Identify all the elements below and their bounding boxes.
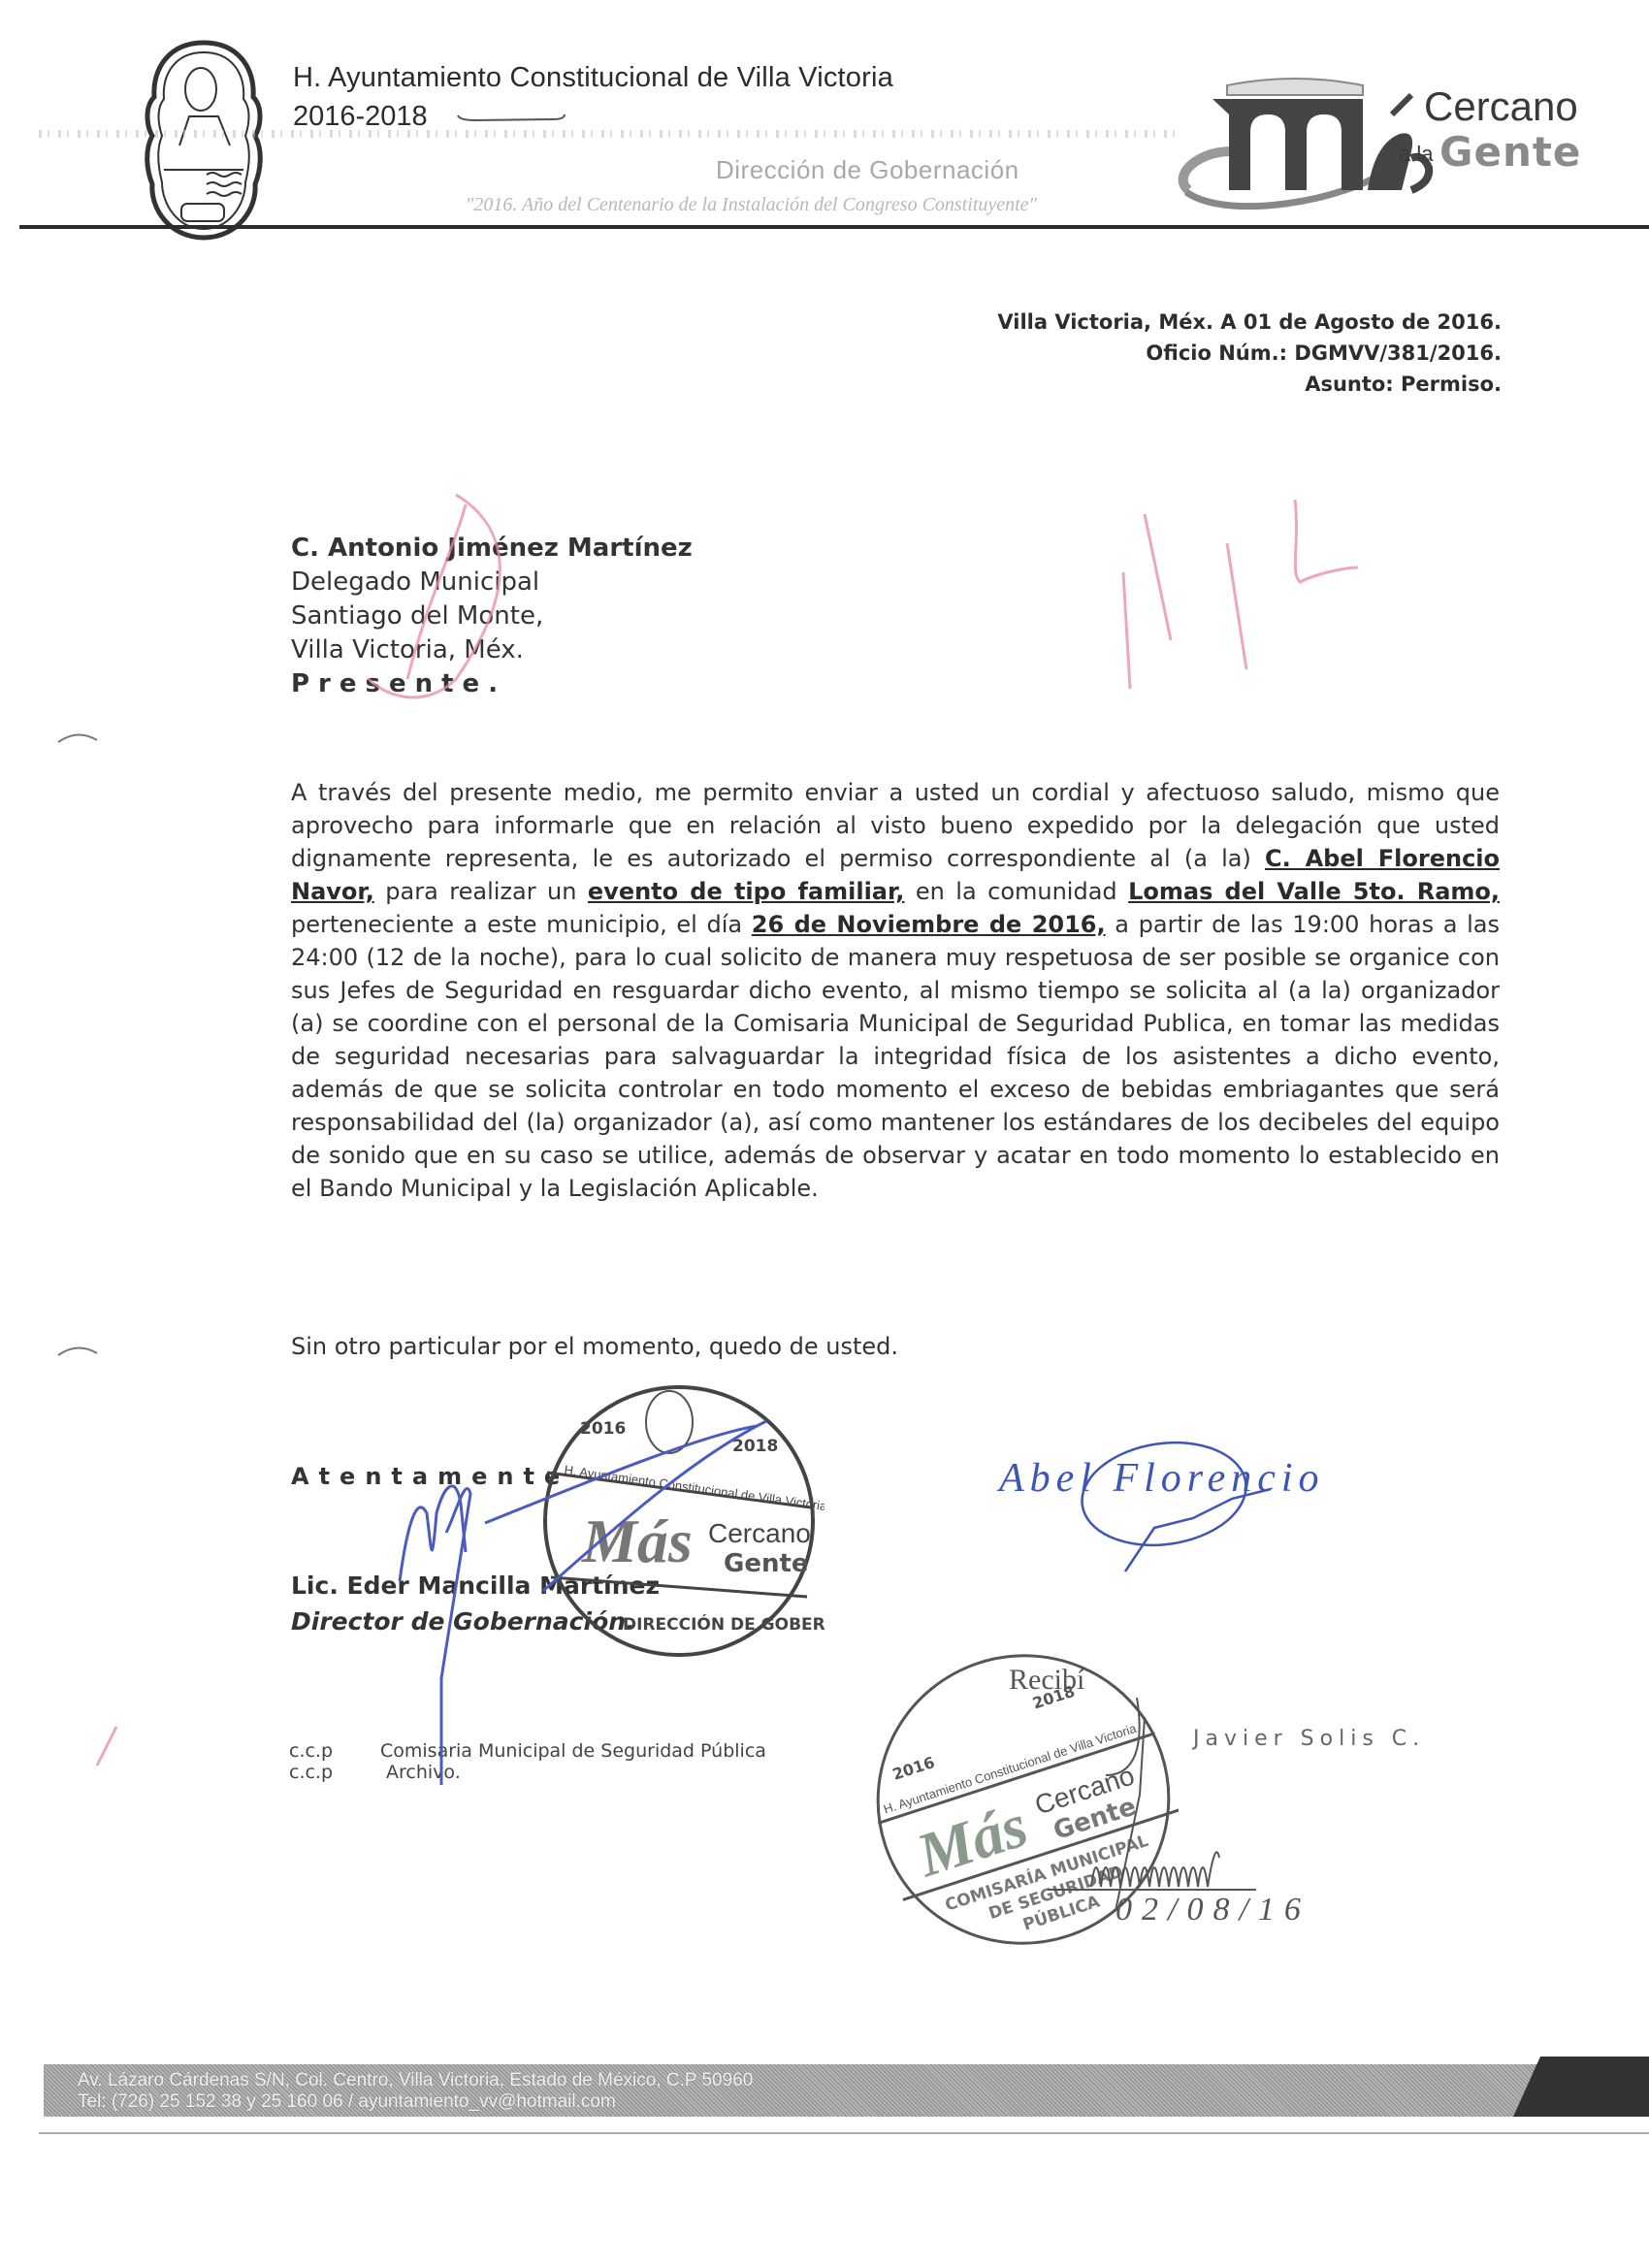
gobernacion-stamp: 2016 2018 H. Ayuntamiento Constitucional…: [533, 1376, 824, 1667]
subject: Asunto: Permiso.: [997, 369, 1502, 400]
cc-label: c.c.p: [289, 1740, 380, 1762]
organization-name: H. Ayuntamiento Constitucional de Villa …: [293, 62, 893, 94]
event-date: 26 de Noviembre de 2016,: [752, 911, 1106, 938]
svg-text:Más: Más: [581, 1507, 693, 1575]
footer-address: Av. Lázaro Cárdenas S/N, Col. Centro, Vi…: [78, 2070, 753, 2091]
svg-text:Gente: Gente: [724, 1549, 809, 1578]
salutation: Atentamente: [291, 1463, 569, 1490]
cc-recipient: Comisaria Municipal de Seguridad Pública: [380, 1740, 766, 1762]
header-divider: [19, 225, 1649, 229]
svg-text:Cercano: Cercano: [708, 1518, 811, 1548]
footer-contact: Av. Lázaro Cárdenas S/N, Col. Centro, Vi…: [78, 2070, 753, 2113]
svg-text:DIRECCIÓN DE GOBERNACIÓN: DIRECCIÓN DE GOBERNACIÓN: [623, 1613, 824, 1635]
cc-row: c.c.pArchivo.: [289, 1762, 766, 1783]
municipal-crest-logo: [141, 39, 267, 243]
handwritten-name-abel: Abel Florencio: [999, 1455, 1325, 1502]
scan-noise: [39, 130, 1183, 138]
place-date: Villa Victoria, Méx. A 01 de Agosto de 2…: [997, 307, 1502, 338]
logo-text-a-la: a la: [1399, 142, 1433, 167]
year-motto: "2016. Año del Centenario de la Instalac…: [466, 194, 1037, 216]
recipient-position: Delegado Municipal: [291, 566, 693, 599]
document-meta: Villa Victoria, Méx. A 01 de Agosto de 2…: [997, 307, 1502, 400]
beneficiary-signature: [1076, 1433, 1271, 1571]
footer-phone-email: Tel: (726) 25 152 38 y 25 160 06 / ayunt…: [78, 2091, 753, 2113]
cc-row: c.c.pComisaria Municipal de Seguridad Pú…: [289, 1740, 766, 1762]
event-type: evento de tipo familiar,: [588, 878, 905, 905]
cc-recipient: Archivo.: [380, 1762, 461, 1783]
body-text: perteneciente a este municipio, el día: [291, 911, 752, 938]
handwritten-receiver: Javier Solis C.: [1193, 1727, 1425, 1751]
body-text: en la comunidad: [904, 878, 1128, 905]
svg-text:2016: 2016: [890, 1753, 937, 1784]
department-name: Dirección de Gobernación: [716, 155, 1019, 185]
body-text: a partir de las 19:00 horas a las 24:00 …: [291, 911, 1500, 1202]
administration-term: 2016-2018: [293, 101, 428, 133]
carbon-copy-list: c.c.pComisaria Municipal de Seguridad Pú…: [289, 1740, 766, 1783]
logo-text-gente: Gente: [1439, 128, 1581, 176]
cc-label: c.c.p: [289, 1762, 380, 1783]
footer-divider: [39, 2132, 1649, 2134]
svg-text:2018: 2018: [732, 1437, 778, 1456]
oficio-number: Oficio Núm.: DGMVV/381/2016.: [997, 338, 1502, 369]
handwritten-date: 02/08/16: [1115, 1892, 1310, 1928]
community-name: Lomas del Valle 5to. Ramo,: [1128, 878, 1500, 905]
letter-body: A través del presente medio, me permito …: [291, 776, 1500, 1205]
handwritten-recibi: Recibí: [1009, 1664, 1084, 1697]
recipient-name: C. Antonio Jiménez Martínez: [291, 532, 693, 566]
svg-text:2016: 2016: [580, 1419, 626, 1439]
body-text: para realizar un: [374, 878, 588, 905]
presente: Presente.: [291, 667, 693, 701]
recipient-block: C. Antonio Jiménez Martínez Delegado Mun…: [291, 532, 693, 701]
recipient-city: Villa Victoria, Méx.: [291, 633, 693, 667]
recipient-locality: Santiago del Monte,: [291, 599, 693, 633]
logo-text-cercano: Cercano: [1424, 83, 1578, 130]
closing-line: Sin otro particular por el momento, qued…: [291, 1333, 898, 1360]
pen-mark: [456, 113, 567, 122]
